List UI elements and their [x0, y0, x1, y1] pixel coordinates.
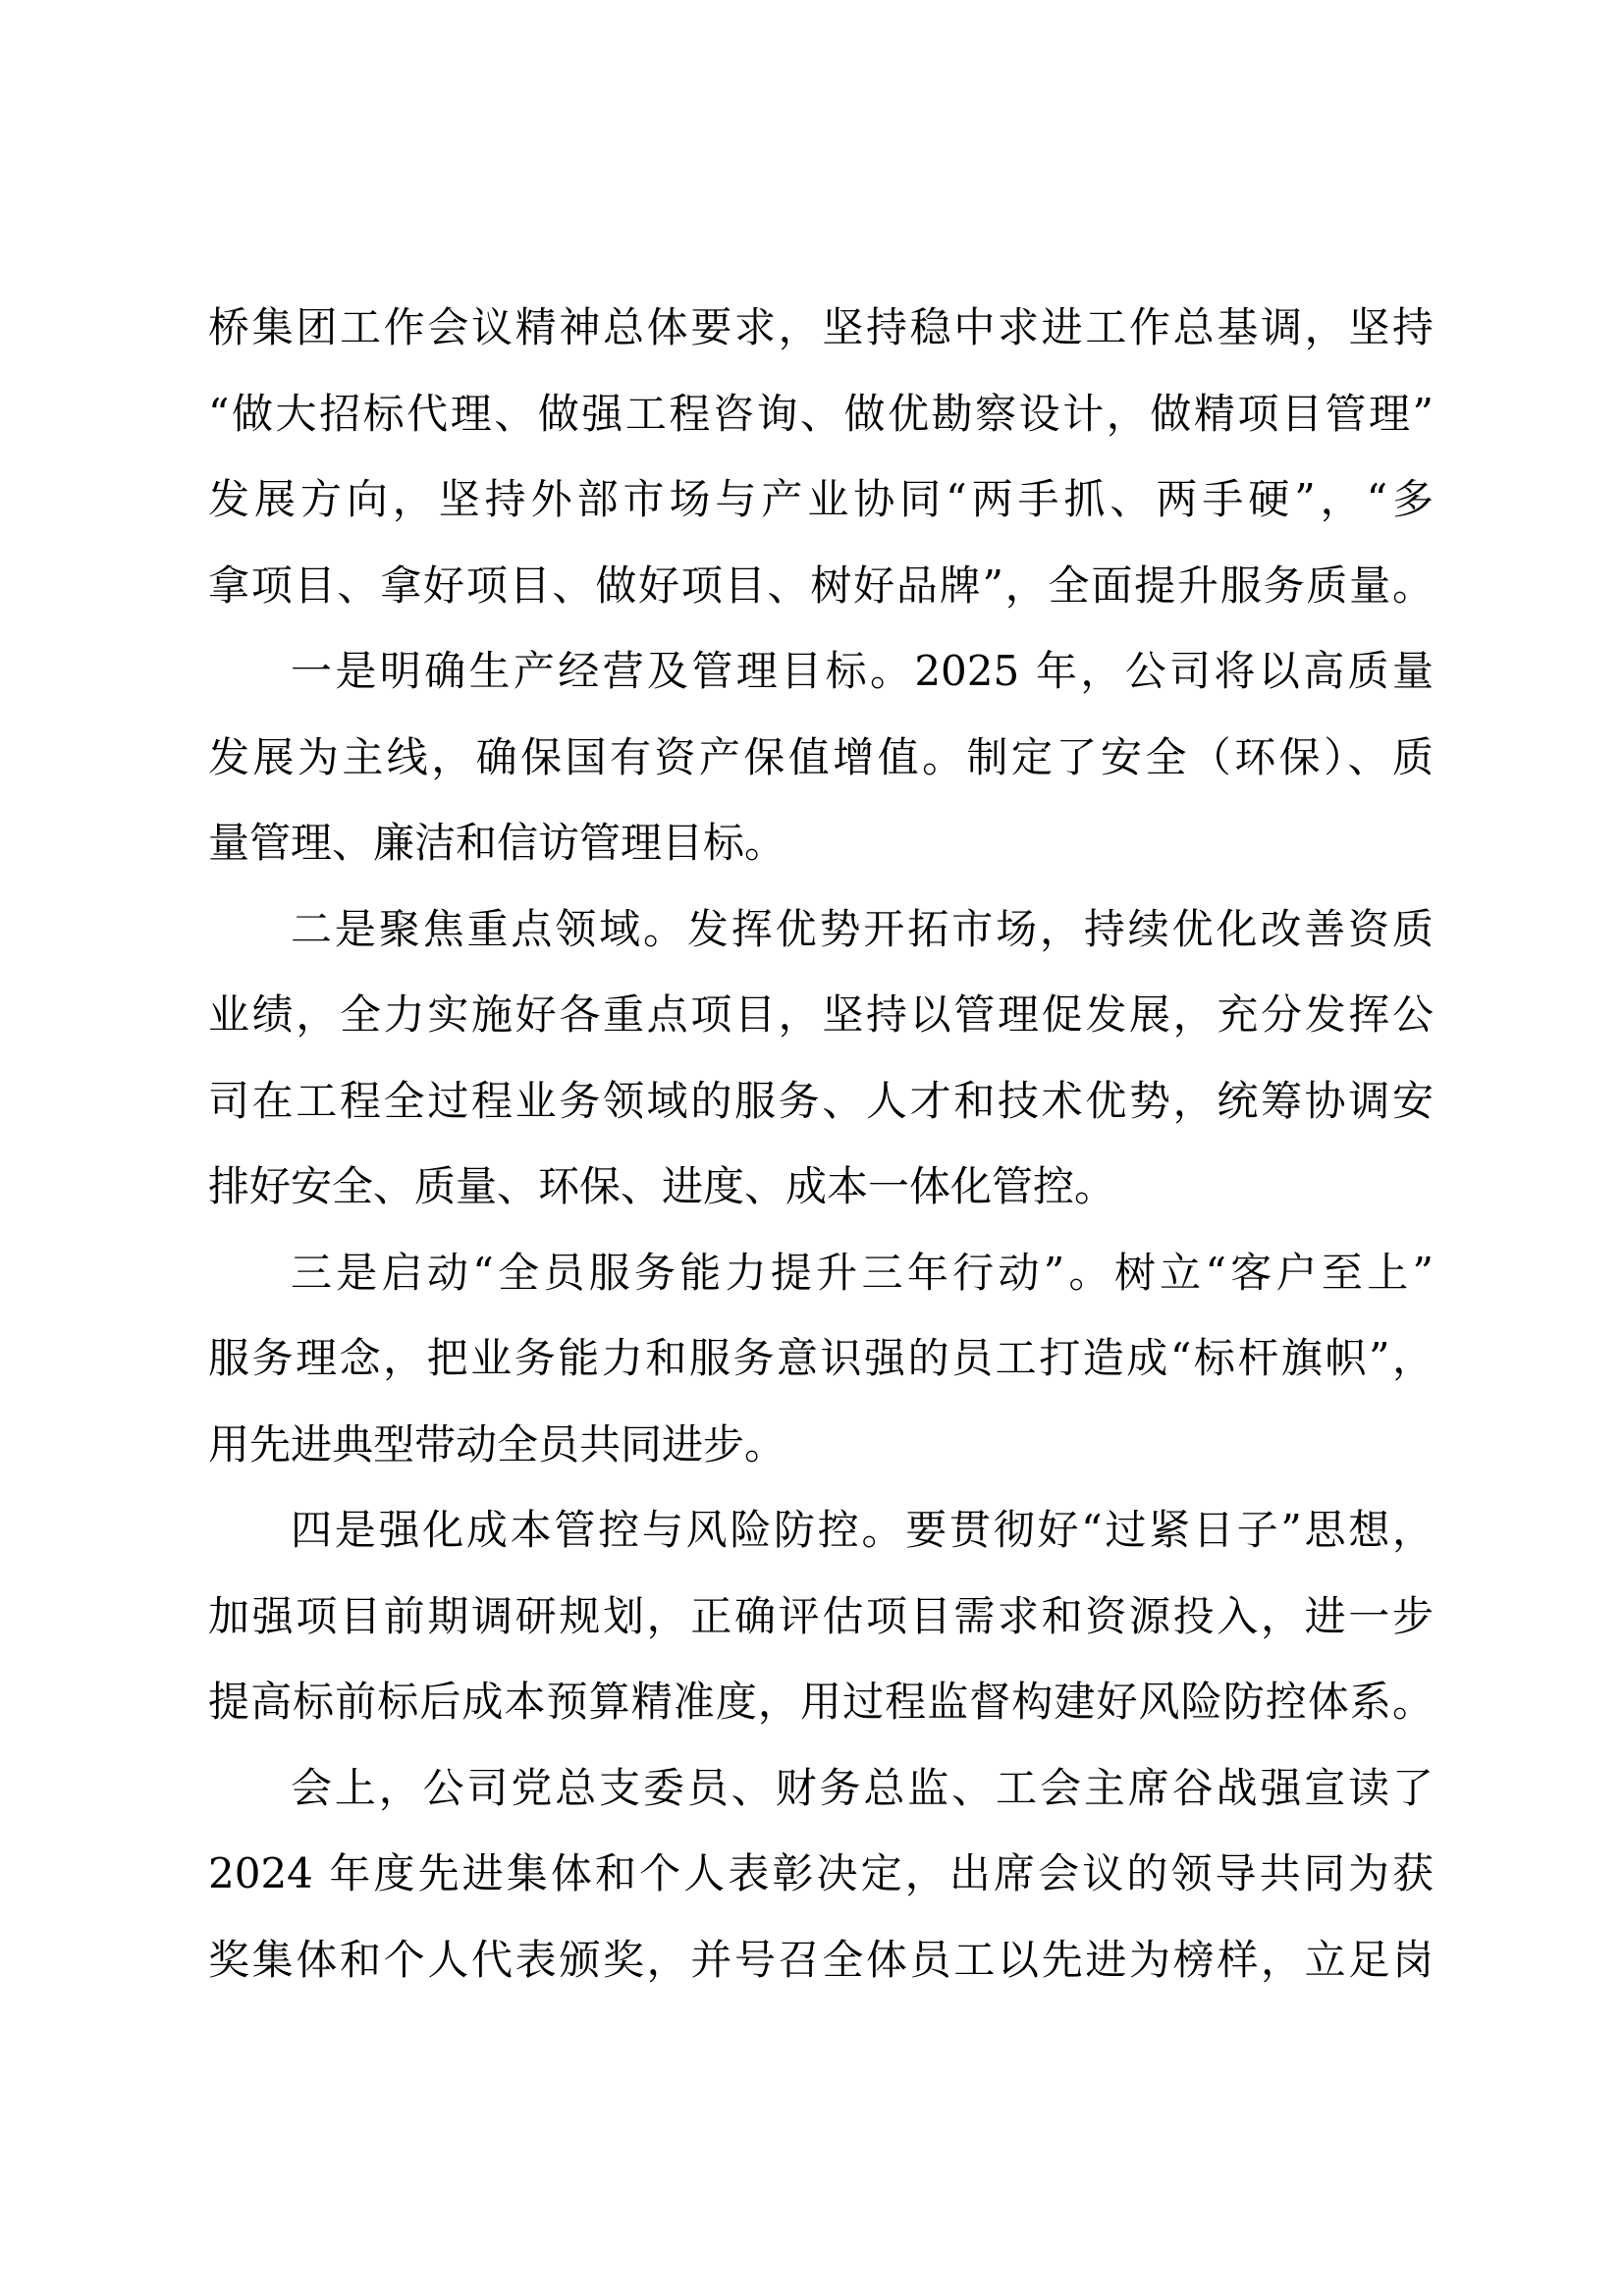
text-line: 司在工程全过程业务领域的服务、人才和技术优势，统筹协调安 [208, 1058, 1434, 1145]
paragraph: 一是明确生产经营及管理目标。2025 年，公司将以高质量 发展为主线，确保国有资… [208, 628, 1434, 886]
text-line: 加强项目前期调研规划，正确评估项目需求和资源投入，进一步 [208, 1574, 1434, 1660]
text-line: 发展为主线，确保国有资产保值增值。制定了安全（环保）、质 [208, 715, 1434, 801]
paragraph: 桥集团工作会议精神总体要求，坚持稳中求进工作总基调，坚持 “做大招标代理、做强工… [208, 285, 1434, 628]
text-line: 排好安全、质量、环保、进度、成本一体化管控。 [208, 1144, 1434, 1230]
paragraph: 二是聚焦重点领域。发挥优势开拓市场，持续优化改善资质 业绩，全力实施好各重点项目… [208, 886, 1434, 1230]
text-line: 会上，公司党总支委员、财务总监、工会主席谷战强宣读了 [208, 1745, 1434, 1832]
text-line: 桥集团工作会议精神总体要求，坚持稳中求进工作总基调，坚持 [208, 285, 1434, 371]
text-line: 发展方向，坚持外部市场与产业协同“两手抓、两手硬”，“多 [208, 456, 1434, 543]
document-body: 桥集团工作会议精神总体要求，坚持稳中求进工作总基调，坚持 “做大招标代理、做强工… [208, 285, 1434, 2002]
text-line: 业绩，全力实施好各重点项目，坚持以管理促发展，充分发挥公 [208, 972, 1434, 1058]
text-line: 一是明确生产经营及管理目标。2025 年，公司将以高质量 [208, 628, 1434, 715]
text-line: 奖集体和个人代表颁奖，并号召全体员工以先进为榜样，立足岗 [208, 1917, 1434, 2003]
document-page: 桥集团工作会议精神总体要求，坚持稳中求进工作总基调，坚持 “做大招标代理、做强工… [0, 0, 1624, 2296]
text-line: 服务理念，把业务能力和服务意识强的员工打造成“标杆旗帜”， [208, 1315, 1434, 1402]
text-line: 提高标前标后成本预算精准度，用过程监督构建好风险防控体系。 [208, 1659, 1434, 1745]
text-line: 四是强化成本管控与风险防控。要贯彻好“过紧日子”思想， [208, 1487, 1434, 1574]
paragraph: 四是强化成本管控与风险防控。要贯彻好“过紧日子”思想， 加强项目前期调研规划，正… [208, 1487, 1434, 1745]
text-line: 拿项目、拿好项目、做好项目、树好品牌”，全面提升服务质量。 [208, 543, 1434, 629]
text-line: 2024 年度先进集体和个人表彰决定，出席会议的领导共同为获 [208, 1831, 1434, 1917]
text-line: 三是启动“全员服务能力提升三年行动”。树立“客户至上” [208, 1230, 1434, 1316]
text-line: 二是聚焦重点领域。发挥优势开拓市场，持续优化改善资质 [208, 886, 1434, 973]
paragraph: 三是启动“全员服务能力提升三年行动”。树立“客户至上” 服务理念，把业务能力和服… [208, 1230, 1434, 1488]
text-line: 量管理、廉洁和信访管理目标。 [208, 800, 1434, 886]
text-line: “做大招标代理、做强工程咨询、做优勘察设计，做精项目管理” [208, 371, 1434, 457]
text-line: 用先进典型带动全员共同进步。 [208, 1402, 1434, 1488]
paragraph: 会上，公司党总支委员、财务总监、工会主席谷战强宣读了 2024 年度先进集体和个… [208, 1745, 1434, 2003]
